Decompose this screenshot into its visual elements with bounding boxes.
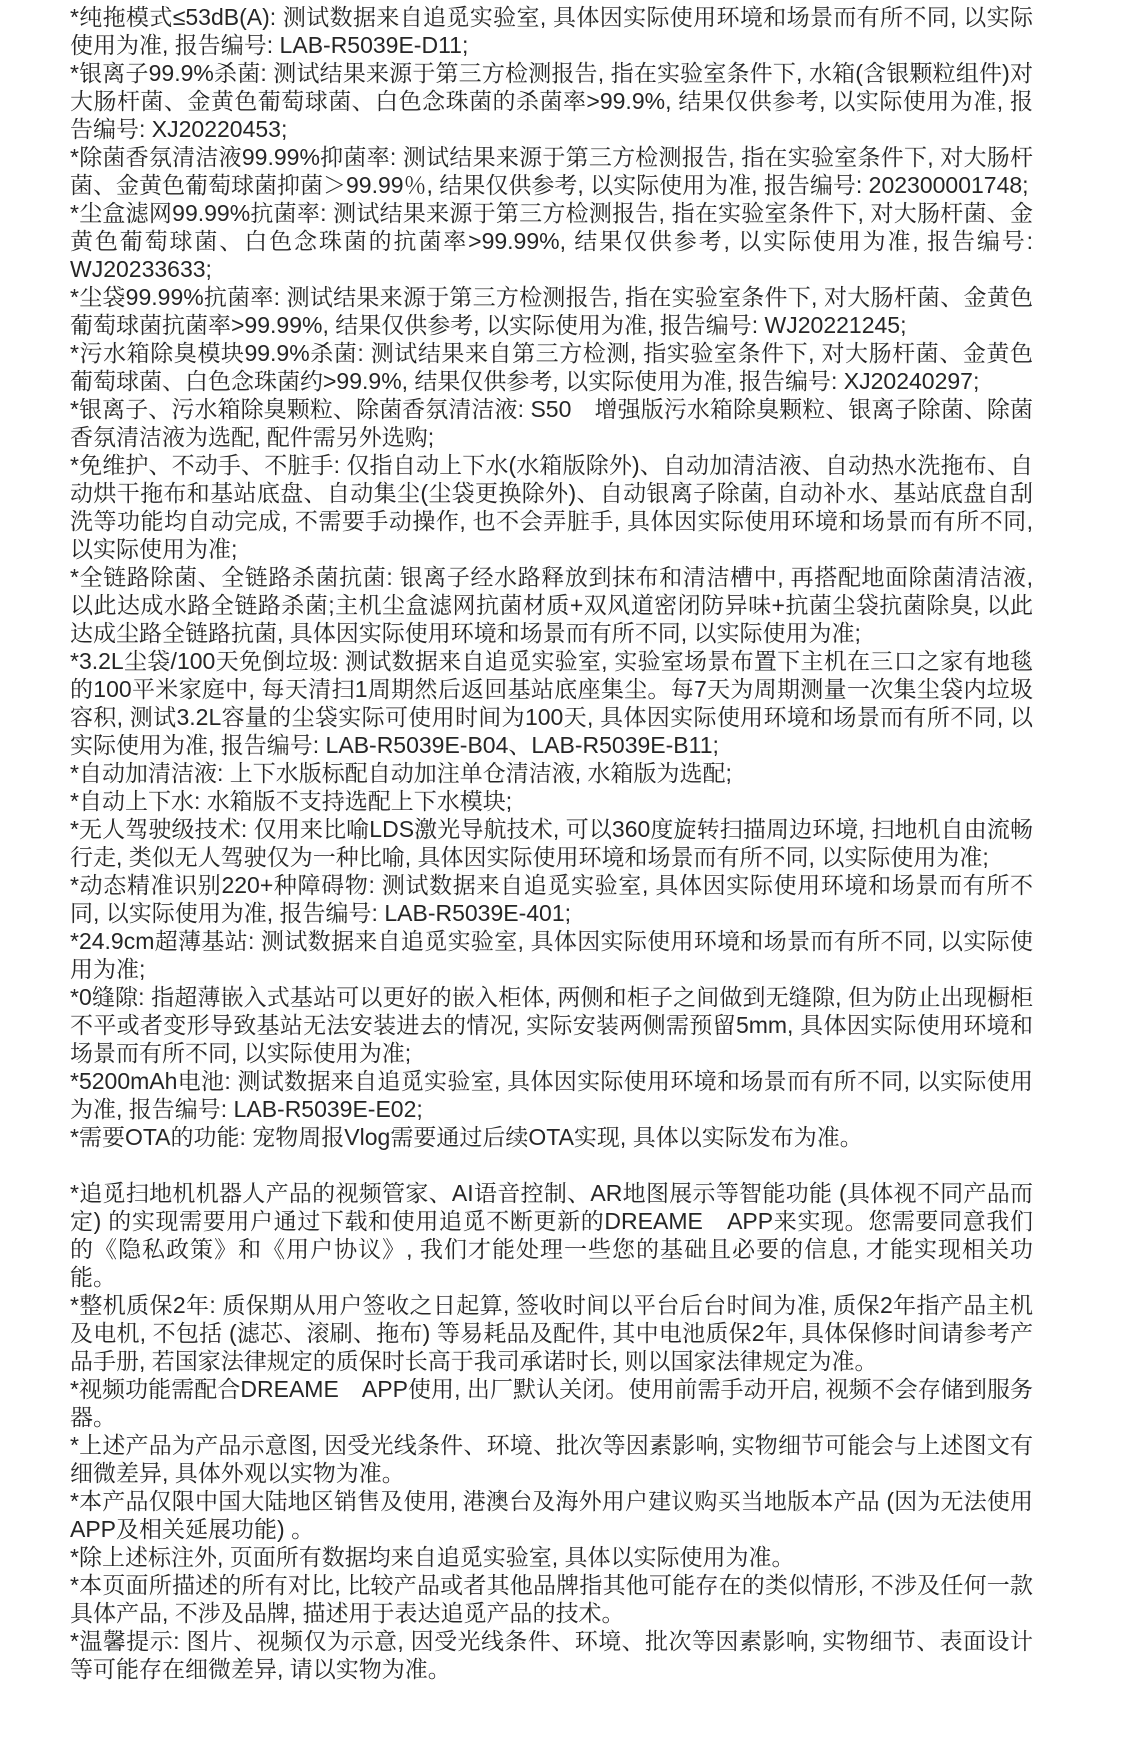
disclaimer-item: *动态精准识别220+种障碍物: 测试数据来自追觅实验室, 具体因实际使用环境和… xyxy=(70,871,1033,927)
disclaimer-item: *自动加清洁液: 上下水版标配自动加注单仓清洁液, 水箱版为选配; xyxy=(70,759,1033,787)
disclaimer-item: *尘袋99.99%抗菌率: 测试结果来源于第三方检测报告, 指在实验室条件下, … xyxy=(70,283,1033,339)
disclaimer-item: *需要OTA的功能: 宠物周报Vlog需要通过后续OTA实现, 具体以实际发布为… xyxy=(70,1123,1033,1151)
disclaimer-item: *本产品仅限中国大陆地区销售及使用, 港澳台及海外用户建议购买当地版本产品 (因… xyxy=(70,1487,1033,1543)
disclaimer-item: *上述产品为产品示意图, 因受光线条件、环境、批次等因素影响, 实物细节可能会与… xyxy=(70,1431,1033,1487)
disclaimer-item: *视频功能需配合DREAME APP使用, 出厂默认关闭。使用前需手动开启, 视… xyxy=(70,1375,1033,1431)
disclaimer-item: *银离子99.9%杀菌: 测试结果来源于第三方检测报告, 指在实验室条件下, 水… xyxy=(70,59,1033,143)
disclaimer-item: *尘盒滤网99.99%抗菌率: 测试结果来源于第三方检测报告, 指在实验室条件下… xyxy=(70,199,1033,283)
disclaimer-item: *整机质保2年: 质保期从用户签收之日起算, 签收时间以平台后台时间为准, 质保… xyxy=(70,1291,1033,1375)
disclaimer-item: *污水箱除臭模块99.9%杀菌: 测试结果来自第三方检测, 指实验室条件下, 对… xyxy=(70,339,1033,395)
disclaimer-item: *24.9cm超薄基站: 测试数据来自追觅实验室, 具体因实际使用环境和场景而有… xyxy=(70,927,1033,983)
disclaimer-item: *全链路除菌、全链路杀菌抗菌: 银离子经水路释放到抹布和清洁槽中, 再搭配地面除… xyxy=(70,563,1033,647)
disclaimer-item: *0缝隙: 指超薄嵌入式基站可以更好的嵌入柜体, 两侧和柜子之间做到无缝隙, 但… xyxy=(70,983,1033,1067)
disclaimer-item: *本页面所描述的所有对比, 比较产品或者其他品牌指其他可能存在的类似情形, 不涉… xyxy=(70,1571,1033,1627)
disclaimer-item: *除上述标注外, 页面所有数据均来自追觅实验室, 具体以实际使用为准。 xyxy=(70,1543,1033,1571)
disclaimer-item: *免维护、不动手、不脏手: 仅指自动上下水(水箱版除外)、自动加清洁液、自动热水… xyxy=(70,451,1033,563)
disclaimer-item: *无人驾驶级技术: 仅用来比喻LDS激光导航技术, 可以360度旋转扫描周边环境… xyxy=(70,815,1033,871)
disclaimer-item: *除菌香氛清洁液99.99%抑菌率: 测试结果来源于第三方检测报告, 指在实验室… xyxy=(70,143,1033,199)
disclaimer-item: *3.2L尘袋/100天免倒垃圾: 测试数据来自追觅实验室, 实验室场景布置下主… xyxy=(70,647,1033,759)
disclaimer-item: *5200mAh电池: 测试数据来自追觅实验室, 具体因实际使用环境和场景而有所… xyxy=(70,1067,1033,1123)
disclaimer-block-primary: *纯拖模式≤53dB(A): 测试数据来自追觅实验室, 具体因实际使用环境和场景… xyxy=(70,3,1033,1151)
disclaimer-item: *银离子、污水箱除臭颗粒、除菌香氛清洁液: S50 增强版污水箱除臭颗粒、银离子… xyxy=(70,395,1033,451)
disclaimer-item: *温馨提示: 图片、视频仅为示意, 因受光线条件、环境、批次等因素影响, 实物细… xyxy=(70,1627,1033,1683)
disclaimer-item: *追觅扫地机机器人产品的视频管家、AI语音控制、AR地图展示等智能功能 (具体视… xyxy=(70,1179,1033,1291)
disclaimer-item: *自动上下水: 水箱版不支持选配上下水模块; xyxy=(70,787,1033,815)
disclaimer-block-footer: *追觅扫地机机器人产品的视频管家、AI语音控制、AR地图展示等智能功能 (具体视… xyxy=(70,1179,1033,1683)
disclaimer-page: *纯拖模式≤53dB(A): 测试数据来自追觅实验室, 具体因实际使用环境和场景… xyxy=(0,0,1125,1763)
disclaimer-item: *纯拖模式≤53dB(A): 测试数据来自追觅实验室, 具体因实际使用环境和场景… xyxy=(70,3,1033,59)
